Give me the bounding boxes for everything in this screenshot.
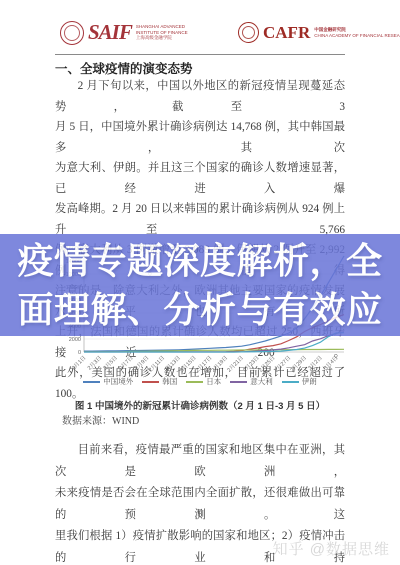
legend-label: 韩国 bbox=[162, 376, 177, 387]
legend-item-japan: 日本 bbox=[186, 376, 221, 387]
legend-item-china-overseas: 中国境外 bbox=[83, 376, 133, 387]
legend-label: 意大利 bbox=[250, 376, 273, 387]
svg-text:2月7日: 2月7日 bbox=[117, 354, 135, 372]
figure-source: 数据来源：WIND bbox=[62, 412, 139, 427]
section-title: 一、全球疫情的演变态势 bbox=[55, 59, 345, 77]
legend-item-italy: 意大利 bbox=[230, 376, 273, 387]
legend-label: 日本 bbox=[206, 376, 221, 387]
body-text-line: 为意大利、伊朗。并且这三个国家的确诊人数增速显著，已经进入爆 bbox=[55, 158, 345, 199]
body-text-line: 2 月下旬以来，中国以外地区的新冠疫情呈现蔓延态势，截至 3 bbox=[55, 76, 345, 117]
legend-line-swatch bbox=[282, 381, 299, 383]
banner-title-line: 疫情专题深度解析，全 bbox=[17, 236, 382, 285]
legend-line-swatch bbox=[230, 381, 247, 383]
saif-logo-text-line: 上海高级金融学院 bbox=[136, 35, 188, 41]
svg-text:2月5日: 2月5日 bbox=[101, 354, 119, 372]
body-text-line: 月 5 日，中国境外累计确诊病例达 14,768 例，其中韩国最多，其次 bbox=[55, 117, 345, 158]
body-text-line: 未来疫情是否会在全球范围内全面扩散，还很难做出可靠的预测。这 bbox=[55, 483, 345, 526]
saif-logo: SAIF SHANGHAI ADVANCED INSTITUTE OF FINA… bbox=[60, 20, 188, 45]
cafr-logo: CAFR 中国金融研究院 CHINA ACADEMY OF FINANCIAL … bbox=[238, 22, 400, 43]
legend-label: 中国境外 bbox=[103, 376, 133, 387]
svg-text:2月27日: 2月27日 bbox=[272, 354, 292, 374]
document-page: SAIF SHANGHAI ADVANCED INSTITUTE OF FINA… bbox=[0, 0, 400, 565]
legend-line-swatch bbox=[83, 381, 100, 383]
svg-text:2月17日: 2月17日 bbox=[194, 354, 214, 374]
saif-logo-text: SHANGHAI ADVANCED INSTITUTE OF FINANCE 上… bbox=[136, 24, 188, 41]
svg-text:2月13日: 2月13日 bbox=[162, 354, 182, 374]
legend-line-swatch bbox=[186, 381, 203, 383]
page-number: 5 bbox=[0, 509, 400, 519]
figure-caption: 图 1 中国境外的新冠累计确诊病例数（2 月 1 日-3 月 5 日） bbox=[0, 398, 400, 412]
legend-item-korea: 韩国 bbox=[142, 376, 177, 387]
svg-text:2月19日: 2月19日 bbox=[209, 354, 229, 374]
svg-text:2月29日: 2月29日 bbox=[288, 354, 308, 374]
svg-text:2月25日: 2月25日 bbox=[257, 354, 277, 374]
svg-text:2000: 2000 bbox=[69, 337, 81, 343]
svg-text:3月2日: 3月2日 bbox=[306, 354, 324, 372]
svg-text:2月15日: 2月15日 bbox=[178, 354, 198, 374]
chart-legend: 中国境外 韩国 日本 意大利 伊朗 bbox=[55, 376, 345, 387]
header-divider bbox=[55, 54, 345, 55]
cafr-logo-text: 中国金融研究院 CHINA ACADEMY OF FINANCIAL RESEA… bbox=[314, 27, 400, 38]
body-text-line: 目前来看，疫情最严重的国家和地区集中在亚洲，其次是欧洲， bbox=[55, 440, 345, 483]
saif-wordmark: SAIF bbox=[88, 20, 132, 45]
svg-text:2月23日: 2月23日 bbox=[241, 354, 261, 374]
saif-seal-icon bbox=[60, 21, 84, 45]
cafr-seal-icon bbox=[238, 22, 259, 43]
banner-overlay: 疫情专题深度解析，全 面理解、分析与有效应 bbox=[0, 234, 400, 336]
svg-text:2月1日: 2月1日 bbox=[70, 354, 88, 372]
legend-label: 伊朗 bbox=[302, 376, 317, 387]
cafr-en-name: CHINA ACADEMY OF FINANCIAL RESEARCH bbox=[314, 33, 400, 39]
cafr-wordmark: CAFR bbox=[263, 23, 310, 43]
svg-text:2月3日: 2月3日 bbox=[85, 354, 103, 372]
zhihu-watermark: 知乎 @数据思维 bbox=[273, 538, 390, 559]
svg-text:3月4日: 3月4日 bbox=[322, 354, 340, 372]
legend-item-iran: 伊朗 bbox=[282, 376, 317, 387]
banner-title-line: 面理解、分析与有效应 bbox=[17, 285, 382, 334]
svg-text:0: 0 bbox=[78, 350, 81, 356]
legend-line-swatch bbox=[142, 381, 159, 383]
svg-text:2月21日: 2月21日 bbox=[225, 354, 245, 374]
